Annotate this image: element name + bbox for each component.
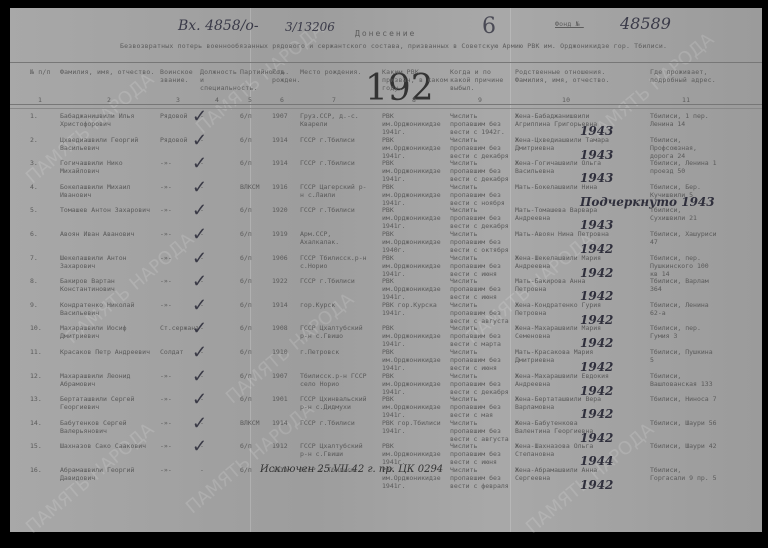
cell-birthplace: Груз.ССР, д.-с. Кварели: [300, 112, 370, 136]
checkmark-icon: ✓: [192, 368, 207, 386]
column-number: 4: [215, 96, 219, 104]
cell-birthplace: ГССР Цхалтубский р-н с.Гвишо: [300, 324, 370, 348]
cell-reason: Числить пропавшим без вести с августа 19…: [450, 301, 512, 325]
cell-rvk: РВК им.Орджоникидзе 1941г.: [382, 136, 448, 160]
archive-ref-left: Вх. 4858/о-: [178, 18, 259, 34]
cell-year: 1914: [272, 136, 294, 160]
cell-name: Бокелашвили Михаил Иванович: [60, 183, 160, 207]
checkmark-icon: ✓: [192, 202, 207, 220]
column-number: 6: [280, 96, 284, 104]
cell-year: 1914: [272, 159, 294, 183]
column-number: 1: [38, 96, 42, 104]
cell-address: Тбилиси, пер. Пушкинского 100 кв 14: [650, 254, 720, 278]
cell-party: ВЛКСМ: [240, 183, 262, 207]
checkmark-icon: ✓: [192, 391, 207, 409]
column-header: Родственные отношения. Фамилия, имя, отч…: [515, 68, 615, 84]
cell-n: 7.: [30, 254, 52, 278]
cell-reason: Числить пропавшим без вести с мая 1942г.: [450, 395, 512, 419]
cell-birthplace: ГССР г.Тбилиси: [300, 277, 370, 301]
checkmark-icon: ✓: [192, 273, 207, 291]
cell-reason: Числить пропавшим без вести с октября 19…: [450, 230, 512, 254]
cell-name: Гогичашвили Нико Михайлович: [60, 159, 160, 183]
cell-rvk: РВК им.Орджоникидзе 1941г.: [382, 442, 448, 466]
cell-n: 11.: [30, 348, 52, 372]
cell-party: б/п: [240, 230, 262, 254]
cell-rvk: РВК им.Орджоникидзе 1941г.: [382, 254, 448, 278]
cell-name: Бертаташвили Сергей Георгиевич: [60, 395, 160, 419]
cell-address: Тбилиси, пер. Гумия 3: [650, 324, 720, 348]
cell-name: Бабутенков Сергей Валерьянович: [60, 419, 160, 443]
cell-year: 1907: [272, 112, 294, 136]
column-header: Фамилия, имя, отчество.: [60, 68, 160, 76]
cell-n: 10.: [30, 324, 52, 348]
cell-n: 15.: [30, 442, 52, 466]
archive-ref-right: 48589: [620, 14, 671, 33]
cell-party: б/п: [240, 206, 262, 230]
column-header: № п/п: [30, 68, 52, 76]
cell-name: Махарашвили Иосиф Дмитриевич: [60, 324, 160, 348]
cell-name: Томашев Антон Захарович: [60, 206, 160, 230]
column-number: 11: [682, 96, 690, 104]
cell-year: 1912: [272, 442, 294, 466]
cell-n: 16.: [30, 466, 52, 490]
cell-year: 1916: [272, 183, 294, 207]
column-header: Место рождения.: [300, 68, 370, 76]
cell-reason: Числить пропавшим без вести с декабря 19…: [450, 159, 512, 183]
column-number: 7: [332, 96, 336, 104]
cell-rvk: РВК им.Орджоникидзе 1941г.: [382, 324, 448, 348]
cell-party: б/п: [240, 277, 262, 301]
archive-ref-right-prefix: Фонд №: [555, 20, 584, 28]
cell-address: Тбилиси, Сухишвили 21: [650, 206, 720, 230]
cell-n: 6.: [30, 230, 52, 254]
column-number: 3: [176, 96, 180, 104]
cell-rvk: РВК гор.Тбилиси 1941г.: [382, 419, 448, 443]
column-number: 2: [107, 96, 111, 104]
cell-party: ВЛКСМ: [240, 419, 262, 443]
document-title: Донесение: [355, 30, 416, 38]
cell-birthplace: Тбилисск.р-н ГССР село Норио: [300, 372, 370, 396]
checkmark-icon: ✓: [192, 132, 207, 150]
column-number: 8: [412, 96, 416, 104]
cell-n: 14.: [30, 419, 52, 443]
column-number: 9: [478, 96, 482, 104]
cell-year: 1901: [272, 395, 294, 419]
checkmark-icon: ✓: [192, 344, 207, 362]
cell-year: 1906: [272, 254, 294, 278]
cell-birthplace: ГССР г.Тбилиси: [300, 206, 370, 230]
column-header: Должность и специальность.: [200, 68, 236, 92]
archive-ref-mid: 3/13206: [285, 20, 335, 34]
column-number: 5: [248, 96, 252, 104]
checkmark-icon: ✓: [192, 320, 207, 338]
handwritten-note: 1942: [580, 478, 613, 492]
cell-party: б/п: [240, 159, 262, 183]
document-subtitle: Безвозвратных потерь военнообязанных ряд…: [120, 42, 667, 50]
cell-n: 1.: [30, 112, 52, 136]
checkmark-icon: ✓: [192, 415, 207, 433]
cell-party: б/п: [240, 395, 262, 419]
cell-year: 1914: [272, 419, 294, 443]
column-header: Каким РВК призван, в каком году.: [382, 68, 448, 92]
cell-n: 3.: [30, 159, 52, 183]
cell-birthplace: гор.Курск: [300, 301, 370, 325]
cell-name: Шекелашвили Антон Захарович: [60, 254, 160, 278]
cell-rvk: РВК гор.Курска 1941г.: [382, 301, 448, 325]
cell-birthplace: ГССР Цагерский р-н с.Лаили: [300, 183, 370, 207]
cell-party: б/п: [240, 112, 262, 136]
cell-n: 2.: [30, 136, 52, 160]
checkmark-icon: ✓: [192, 108, 207, 126]
cell-year: 1922: [272, 277, 294, 301]
cell-party: б/п: [240, 254, 262, 278]
column-header: Год рожден.: [272, 68, 294, 84]
cell-party: б/п: [240, 348, 262, 372]
cell-birthplace: ГССР г.Тбилиси: [300, 136, 370, 160]
cell-name: Бабаджанишвили Илья Христофорович: [60, 112, 160, 136]
cell-year: 1910: [272, 348, 294, 372]
cell-party: б/п: [240, 324, 262, 348]
cell-address: Тбилиси, Шаури 42: [650, 442, 720, 466]
cell-address: Тбилиси, 1 пер. Ленина 14: [650, 112, 720, 136]
cell-address: Тбилиси, Пушкина 5: [650, 348, 720, 372]
cell-address: Тбилиси, Профсоюзная, дорога 24: [650, 136, 720, 160]
cell-rvk: РВК им.Орджоникидзе 1940г.: [382, 230, 448, 254]
cell-party: б/п: [240, 442, 262, 466]
column-header: Когда и по какой причине выбыл.: [450, 68, 512, 92]
cell-address: Тбилиси, Горгасали 9 пр. 5: [650, 466, 720, 490]
cell-name: Абрамашвили Георгий Давидович: [60, 466, 160, 490]
cell-year: 1919: [272, 230, 294, 254]
cell-address: Тбилиси, Ленина 1 проезд 50: [650, 159, 720, 183]
cell-party: б/п: [240, 136, 262, 160]
cell-address: Тбилиси, Ниноса 7: [650, 395, 720, 419]
cell-party: б/п: [240, 301, 262, 325]
cell-address: Тбилиси, Вашлованская 133: [650, 372, 720, 396]
cell-birthplace: ГССР Цхалтубский р-н с.Гвиши: [300, 442, 370, 466]
checkmark-icon: ✓: [192, 179, 207, 197]
cell-rvk: РВК им.Орджоникидзе 1941г.: [382, 159, 448, 183]
cell-birthplace: Арм.ССР, Ахалкалак.: [300, 230, 370, 254]
column-number: 10: [562, 96, 570, 104]
cell-reason: Числить пропавшим без вести с июня 1942г…: [450, 442, 512, 466]
cell-year: 1908: [272, 324, 294, 348]
cell-name: Авоян Иван Аванович: [60, 230, 160, 254]
column-header: Где проживает, подробный адрес.: [650, 68, 720, 84]
checkmark-icon: ✓: [192, 438, 207, 456]
column-header: Партийность.: [240, 68, 262, 76]
cell-birthplace: ГССР г.Тбилиси: [300, 419, 370, 443]
cell-rvk: РВК им.Орджоникидзе 1941г.: [382, 206, 448, 230]
cell-party: б/п: [240, 372, 262, 396]
cell-n: 5.: [30, 206, 52, 230]
cell-rvk: РВК им.Орджоникидзе 1941г.: [382, 348, 448, 372]
cell-birthplace: ГССР Цхинвальский р-н с.Дидмухи: [300, 395, 370, 419]
cell-name: Красаков Петр Андреевич: [60, 348, 160, 372]
cell-reason: Числить пропавшим без вести с 1942г.: [450, 112, 512, 136]
cell-name: Махарашвили Леонид Абрамович: [60, 372, 160, 396]
cell-reason: Числить пропавшим без вести с июня 1942г…: [450, 254, 512, 278]
scanned-document-page: ПАМЯТЬ НАРОДА ПАМЯТЬ НАРОДА ПАМЯТЬ НАРОД…: [10, 8, 762, 532]
cell-birthplace: г.Петровск: [300, 348, 370, 372]
cell-reason: Числить пропавшим без вести с августа 19…: [450, 419, 512, 443]
cell-address: Тбилиси, Варлам 364: [650, 277, 720, 301]
cell-year: 1914: [272, 301, 294, 325]
cell-rvk: РВК им.Орджоникидзе 1941г.: [382, 395, 448, 419]
cell-rvk: РВК им.Орджоникидзе 1941г.: [382, 277, 448, 301]
cell-reason: Числить пропавшим без вести с декабря 19…: [450, 206, 512, 230]
cell-reason: Числить пропавшим без вести с марта 1942…: [450, 324, 512, 348]
cell-n: 8.: [30, 277, 52, 301]
table-top-border: [10, 62, 762, 63]
column-header: Воинское звание.: [160, 68, 198, 84]
checkmark-icon: ✓: [192, 250, 207, 268]
cell-rank: -»-: [160, 466, 198, 490]
cell-reason: Числить пропавшим без вести с июня 1942г…: [450, 277, 512, 301]
cell-rvk: РВК им.Орджоникидзе 1941г.: [382, 183, 448, 207]
sheet-number: 6: [482, 14, 496, 39]
cell-reason: Числить пропавшим без вести с декабря 19…: [450, 372, 512, 396]
cell-reason: Числить пропавшим без вести с февраля 19…: [450, 466, 512, 490]
cell-address: Тбилиси, Ленина 62-а: [650, 301, 720, 325]
cell-n: 13.: [30, 395, 52, 419]
cell-reason: Числить пропавшим без вести с ноября 194…: [450, 183, 512, 207]
cell-name: Кондратенко Николай Васильевич: [60, 301, 160, 325]
cell-year: 1907: [272, 372, 294, 396]
checkmark-icon: ✓: [192, 297, 207, 315]
cell-name: Цхведиашвили Георгий Васильевич: [60, 136, 160, 160]
cell-address: Тбилиси, Хашуриси 47: [650, 230, 720, 254]
checkmark-icon: ✓: [192, 155, 207, 173]
cell-name: Бакиров Вартан Константинович: [60, 277, 160, 301]
cell-year: 1920: [272, 206, 294, 230]
cell-rvk: РВК им.Орджоникидзе 1941г.: [382, 372, 448, 396]
checkmark-icon: ✓: [192, 226, 207, 244]
cell-reason: Числить пропавшим без вести с декабря 19…: [450, 136, 512, 160]
cell-n: 12.: [30, 372, 52, 396]
cell-rvk: РВК им.Орджоникидзе 1941г.: [382, 112, 448, 136]
cell-birthplace: ГССР Тбилисск.р-н с.Норио: [300, 254, 370, 278]
cell-name: Шахназов Сако Саакович: [60, 442, 160, 466]
cell-post: -: [200, 466, 236, 490]
cell-party: б/п: [240, 466, 262, 490]
cell-n: 9.: [30, 301, 52, 325]
cell-reason: Числить пропавшим без вести с июня 1942г…: [450, 348, 512, 372]
cell-birthplace: ГССР г.Тбилиси: [300, 159, 370, 183]
bottom-annotation: Исключен 25.VII.42 г. пр. ЦК 0294: [260, 464, 443, 475]
cell-address: Тбилиси, Шаури 56: [650, 419, 720, 443]
cell-n: 4.: [30, 183, 52, 207]
